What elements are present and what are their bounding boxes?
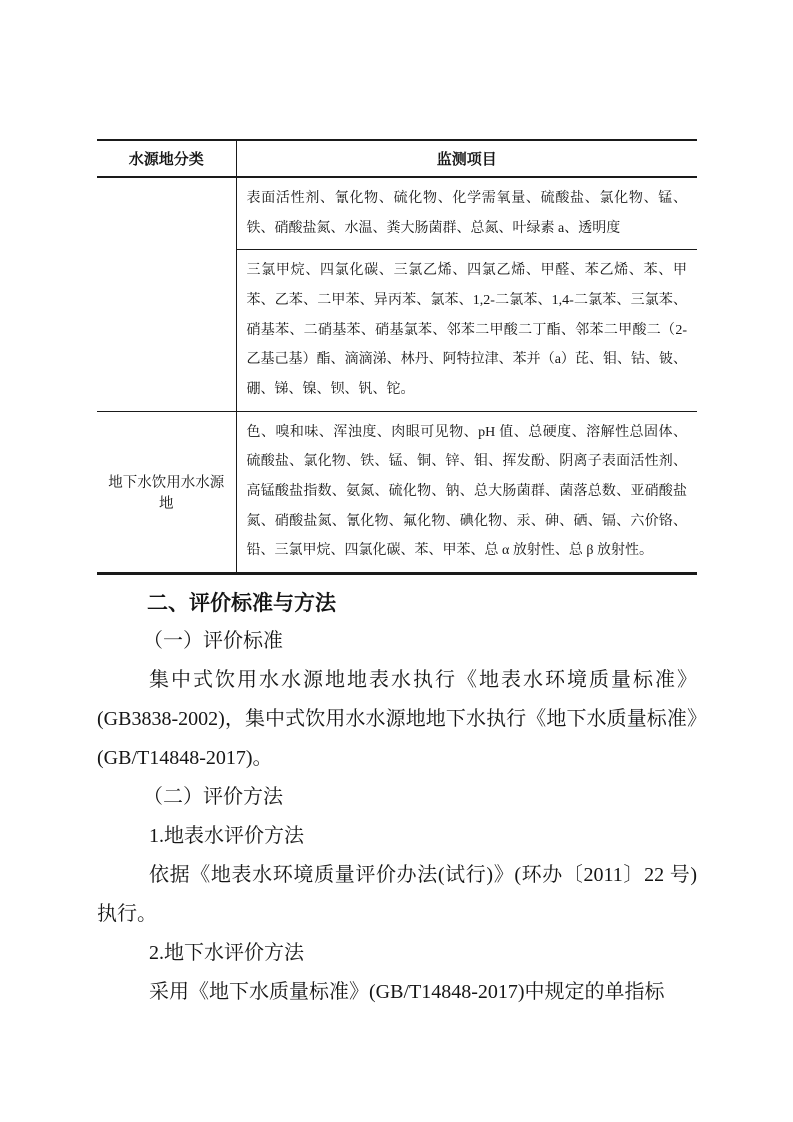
body-text-sections: 二、评价标准与方法 （一）评价标准 集中式饮用水水源地地表水执行《地表水环境质量…	[97, 586, 697, 1012]
monitoring-items-table: 水源地分类 监测项目 表面活性剂、氰化物、硫化物、化学需氧量、硫酸盐、氯化物、锰…	[97, 139, 697, 575]
items-cell-general-parameters: 表面活性剂、氰化物、硫化物、化学需氧量、硫酸盐、氯化物、锰、铁、硝酸盐氮、水温、…	[236, 177, 697, 250]
paragraph-surface-water-method: 依据《地表水环境质量评价办法(试行)》(环办〔2011〕22 号)执行。	[97, 856, 697, 934]
table-header-row: 水源地分类 监测项目	[97, 140, 697, 177]
paragraph-groundwater-method: 采用《地下水质量标准》(GB/T14848-2017)中规定的单指标	[97, 973, 697, 1012]
header-cell-monitoring-items: 监测项目	[236, 140, 697, 177]
paragraph-standards: 集中式饮用水水源地地表水执行《地表水环境质量标准》(GB3838-2002)，集…	[97, 661, 697, 778]
content-area: 水源地分类 监测项目 表面活性剂、氰化物、硫化物、化学需氧量、硫酸盐、氯化物、锰…	[97, 139, 697, 1012]
header-cell-source-classification: 水源地分类	[97, 140, 236, 177]
items-cell-groundwater-parameters: 色、嗅和味、浑浊度、肉眼可见物、pH 值、总硬度、溶解性总固体、硫酸盐、氯化物、…	[236, 411, 697, 573]
items-cell-organic-and-metal-parameters: 三氯甲烷、四氯化碳、三氯乙烯、四氯乙烯、甲醛、苯乙烯、苯、甲苯、乙苯、二甲苯、异…	[236, 250, 697, 411]
section-heading-evaluation-standards-methods: 二、评价标准与方法	[97, 586, 697, 622]
heading-groundwater-method: 2.地下水评价方法	[97, 934, 697, 973]
heading-surface-water-method: 1.地表水评价方法	[97, 817, 697, 856]
subsection-heading-evaluation-methods: （二）评价方法	[97, 778, 697, 817]
document-page: 水源地分类 监测项目 表面活性剂、氰化物、硫化物、化学需氧量、硫酸盐、氯化物、锰…	[0, 0, 793, 1122]
subsection-heading-evaluation-standards: （一）评价标准	[97, 622, 697, 661]
category-cell-empty	[97, 177, 236, 411]
table-row-surface-water-part1: 表面活性剂、氰化物、硫化物、化学需氧量、硫酸盐、氯化物、锰、铁、硝酸盐氮、水温、…	[97, 177, 697, 250]
category-cell-groundwater-source: 地下水饮用水水源地	[97, 411, 236, 573]
table-row-groundwater: 地下水饮用水水源地 色、嗅和味、浑浊度、肉眼可见物、pH 值、总硬度、溶解性总固…	[97, 411, 697, 573]
